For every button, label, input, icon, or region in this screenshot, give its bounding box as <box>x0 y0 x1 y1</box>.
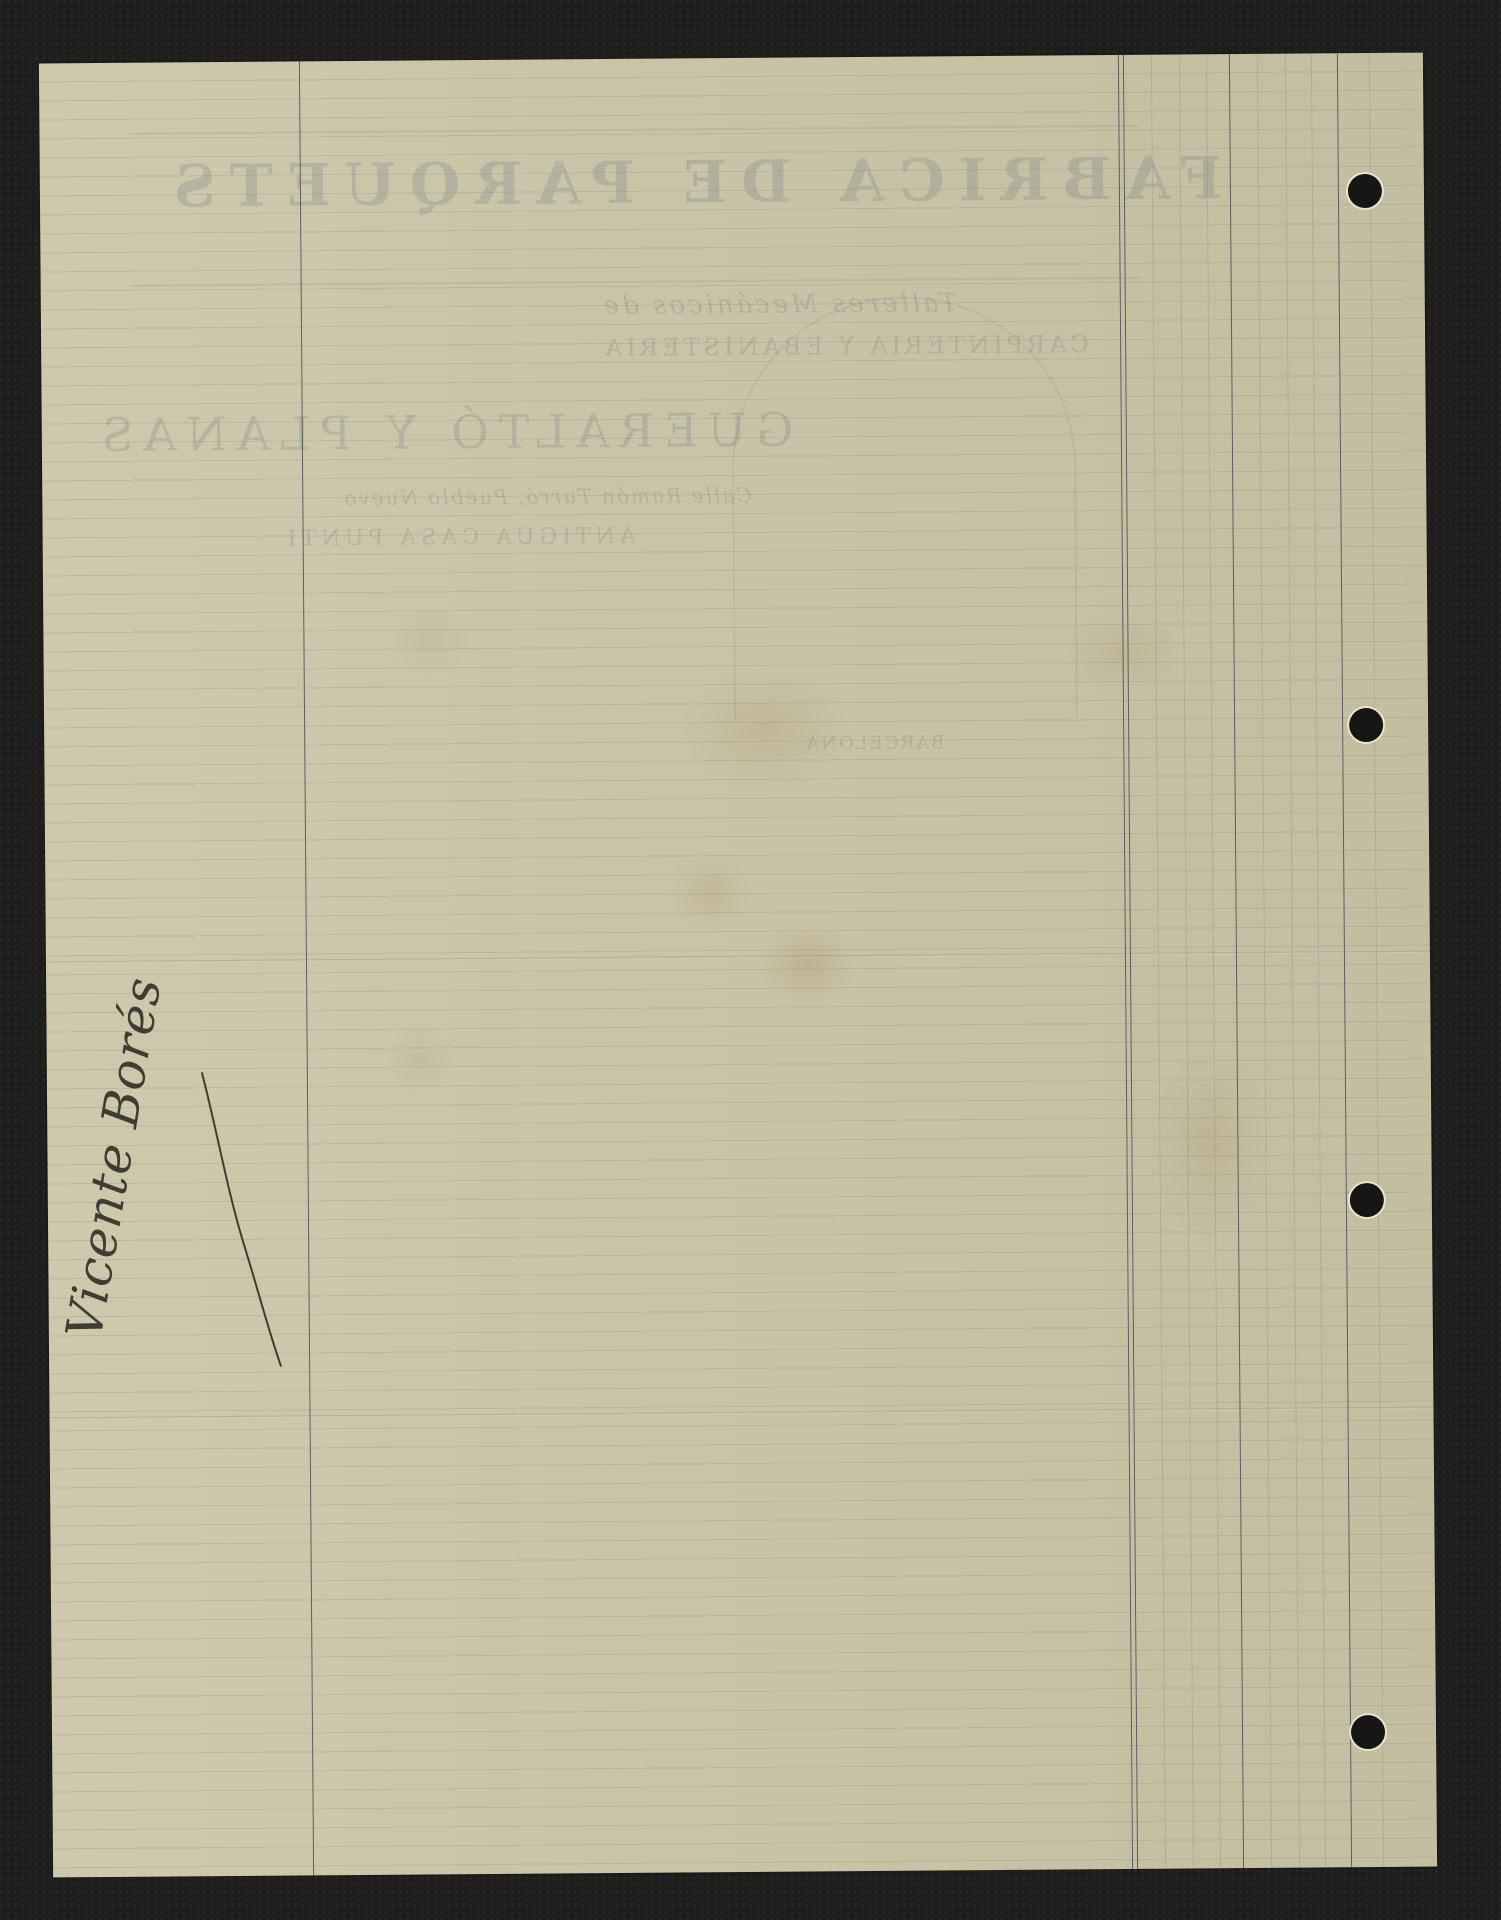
fold-line <box>46 951 1430 964</box>
bleed-text-carpentry: CARPINTERIA Y EBANISTERIA <box>601 330 1089 362</box>
document-sheet: FABRICA DE PARQUETS Talleres Mecánicos d… <box>39 53 1437 1878</box>
bleed-text-antigua-casa: ANTIGUA CASA PUNTI <box>283 524 636 552</box>
column-guide-line <box>1257 54 1272 1868</box>
bleed-text-workshops: Talleres Mecánicos de <box>601 288 957 321</box>
column-guide-line <box>1369 53 1384 1867</box>
column-guide-line <box>1179 55 1194 1869</box>
fold-line <box>50 1407 1434 1420</box>
bleed-text-company-name: GUERALTÓ Y PLANAS <box>92 403 794 463</box>
column-guide-line <box>1311 53 1326 1867</box>
column-guide-line <box>1206 54 1221 1868</box>
margin-rule-line <box>299 61 315 1875</box>
handwritten-signature: Vicente Borés <box>55 973 173 1343</box>
bleed-text-city: BARCELONA <box>804 732 944 754</box>
punch-hole <box>1349 708 1383 742</box>
bleed-text-address: Calle Ramón Turró, Pueblo Nuevo <box>342 483 752 510</box>
bleed-text-factory-name: FABRICA DE PARQUETS <box>160 144 1223 220</box>
signature-flourish-stroke <box>197 1072 289 1373</box>
column-guide-line <box>1151 55 1166 1869</box>
column-rule-line <box>1337 53 1353 1867</box>
column-rule-line <box>1229 54 1245 1868</box>
column-guide-line <box>1285 54 1300 1868</box>
punch-hole <box>1350 1183 1384 1217</box>
punch-hole <box>1348 174 1382 208</box>
punch-hole <box>1351 1715 1385 1749</box>
